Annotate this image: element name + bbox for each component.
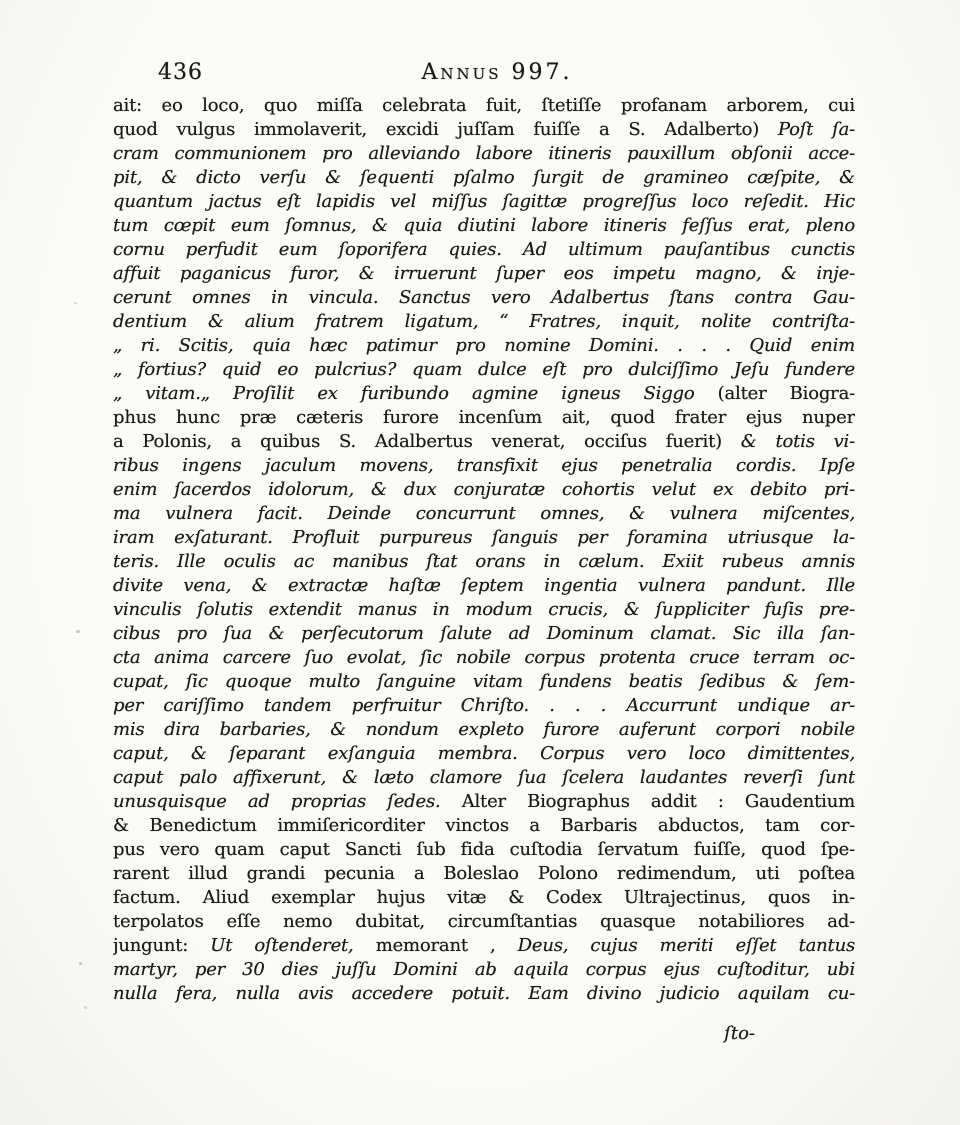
text-line: phus hunc præ cæteris furore incenſum ai…	[113, 406, 855, 430]
text-line: teris. Ille oculis ac manibus ſtat orans…	[113, 550, 855, 574]
text-segment: cram communionem pro alleviando labore i…	[113, 143, 855, 164]
text-line: mis dira barbaries, & nondum expleto fur…	[113, 718, 855, 742]
text-segment: teris. Ille oculis ac manibus ſtat orans…	[113, 551, 855, 572]
text-segment: enim ſacerdos idolorum, & dux conjuratæ …	[113, 479, 855, 500]
text-line: caput palo affixerunt, & læto clamore ſu…	[113, 766, 855, 790]
text-segment: Ut oſtenderet,	[210, 935, 375, 956]
text-line: & Benedictum immiſericorditer vinctos a …	[113, 814, 855, 838]
text-line: divite vena, & extractæ haſtæ ſeptem ing…	[113, 574, 855, 598]
text-segment: „ fortius? quid eo pulcrius? quam dulce …	[113, 359, 855, 380]
scan-speck	[79, 962, 82, 965]
text-line: cta anima carcere ſuo evolat, ſic nobile…	[113, 646, 855, 670]
text-block: ait: eo loco, quo miſſa celebrata fuit, …	[113, 94, 855, 1006]
text-line: tum cœpit eum ſomnus, & quia diutini lab…	[113, 214, 855, 238]
text-segment: pus vero quam caput Sancti ſub fida cuſt…	[113, 839, 855, 860]
text-segment: ribus ingens jaculum movens, transfixit …	[113, 455, 855, 476]
text-segment: Deus, cujus meriti eſſet tantus	[518, 935, 855, 956]
text-line: „ vitam.„ Proſilit ex furibundo agmine i…	[113, 382, 855, 406]
text-segment: mis dira barbaries, & nondum expleto fur…	[113, 719, 855, 740]
text-segment: nulla fera, nulla avis accedere potuit. …	[113, 983, 855, 1004]
text-segment: (alter Biogra-	[718, 383, 855, 404]
page-header: 436 Annus 997.	[0, 58, 960, 90]
text-segment: ait: eo loco, quo miſſa celebrata fuit, …	[113, 95, 855, 116]
page-number: 436	[158, 60, 203, 85]
text-segment: tum cœpit eum ſomnus, & quia diutini lab…	[113, 215, 855, 236]
text-segment: ma vulnera facit. Deinde concurrunt omne…	[113, 503, 855, 524]
text-segment: „ ri. Scitis, quia hæc patimur pro nomin…	[113, 335, 855, 356]
text-line: unusquisque ad proprias ſedes. Alter Bio…	[113, 790, 855, 814]
text-segment: phus hunc præ cæteris furore incenſum ai…	[113, 407, 855, 428]
text-line: vinculis ſolutis extendit manus in modum…	[113, 598, 855, 622]
catchword-row: ſto-	[113, 1022, 855, 1046]
scan-speck	[84, 1006, 87, 1009]
text-segment: divite vena, & extractæ haſtæ ſeptem ing…	[113, 575, 855, 596]
text-line: cram communionem pro alleviando labore i…	[113, 142, 855, 166]
text-segment: quod vulgus immolaverit, excidi juſſam f…	[113, 119, 778, 140]
text-segment: quantum jactus eſt lapidis vel miſſus ſa…	[113, 191, 855, 212]
text-line: cibus pro ſua & perſecutorum ſalute ad D…	[113, 622, 855, 646]
text-line: enim ſacerdos idolorum, & dux conjuratæ …	[113, 478, 855, 502]
text-line: cerunt omnes in vincula. Sanctus vero Ad…	[113, 286, 855, 310]
text-segment: cornu perfudit eum ſoporifera quies. Ad …	[113, 239, 855, 260]
text-line: „ fortius? quid eo pulcrius? quam dulce …	[113, 358, 855, 382]
text-line: martyr, per 30 dies juſſu Domini ab aqui…	[113, 958, 855, 982]
text-segment: rarent illud grandi pecunia a Boleslao P…	[113, 863, 855, 884]
text-segment: caput, & ſeparant exſanguia membra. Corp…	[113, 743, 855, 764]
text-line: cornu perfudit eum ſoporifera quies. Ad …	[113, 238, 855, 262]
text-segment: affuit paganicus furor, & irruerunt ſupe…	[113, 263, 855, 284]
text-segment: cupat, ſic quoque multo ſanguine vitam f…	[113, 671, 855, 692]
text-segment: factum. Aliud exemplar hujus vitæ & Code…	[113, 887, 855, 908]
text-line: dentium & alium fratrem ligatum, “ Fratr…	[113, 310, 855, 334]
text-segment: & Benedictum immiſericorditer vinctos a …	[113, 815, 855, 836]
text-segment: unusquisque ad proprias ſedes.	[113, 791, 462, 812]
text-line: rarent illud grandi pecunia a Boleslao P…	[113, 862, 855, 886]
text-segment: Poſt ſa-	[778, 119, 855, 140]
book-page: 436 Annus 997. ait: eo loco, quo miſſa c…	[0, 0, 960, 1125]
text-line: „ ri. Scitis, quia hæc patimur pro nomin…	[113, 334, 855, 358]
text-segment: caput palo affixerunt, & læto clamore ſu…	[113, 767, 855, 788]
text-segment: a Polonis, a quibus S. Adalbertus venera…	[113, 431, 741, 452]
text-line: a Polonis, a quibus S. Adalbertus venera…	[113, 430, 855, 454]
text-line: iram exſaturant. Profluit purpureus ſang…	[113, 526, 855, 550]
text-line: terpolatos eſſe nemo dubitat, circumſtan…	[113, 910, 855, 934]
text-segment: jungunt:	[113, 935, 210, 956]
text-segment: cta anima carcere ſuo evolat, ſic nobile…	[113, 647, 855, 668]
text-segment: cibus pro ſua & perſecutorum ſalute ad D…	[113, 623, 855, 644]
text-segment: terpolatos eſſe nemo dubitat, circumſtan…	[113, 911, 855, 932]
text-line: jungunt: Ut oſtenderet, memorant , Deus,…	[113, 934, 855, 958]
text-line: ma vulnera facit. Deinde concurrunt omne…	[113, 502, 855, 526]
text-line: ait: eo loco, quo miſſa celebrata fuit, …	[113, 94, 855, 118]
text-line: quod vulgus immolaverit, excidi juſſam f…	[113, 118, 855, 142]
text-line: per cariſſimo tandem perfruitur Chriſto.…	[113, 694, 855, 718]
text-line: affuit paganicus furor, & irruerunt ſupe…	[113, 262, 855, 286]
text-segment: dentium & alium fratrem ligatum, “ Fratr…	[113, 311, 855, 332]
text-line: pit, & dicto verſu & ſequenti pſalmo ſur…	[113, 166, 855, 190]
scan-speck	[583, 101, 586, 104]
running-title: Annus 997.	[421, 60, 572, 85]
text-segment: & totis vi-	[741, 431, 855, 452]
text-line: factum. Aliud exemplar hujus vitæ & Code…	[113, 886, 855, 910]
text-line: nulla fera, nulla avis accedere potuit. …	[113, 982, 855, 1006]
text-line: caput, & ſeparant exſanguia membra. Corp…	[113, 742, 855, 766]
text-segment: cerunt omnes in vincula. Sanctus vero Ad…	[113, 287, 855, 308]
scan-speck	[76, 630, 80, 633]
text-segment: pit, & dicto verſu & ſequenti pſalmo ſur…	[113, 167, 855, 188]
text-line: ribus ingens jaculum movens, transfixit …	[113, 454, 855, 478]
text-segment: memorant ,	[376, 935, 518, 956]
text-line: quantum jactus eſt lapidis vel miſſus ſa…	[113, 190, 855, 214]
text-segment: Alter Biographus addit : Gaudentium	[462, 791, 855, 812]
text-segment: per cariſſimo tandem perfruitur Chriſto.…	[113, 695, 855, 716]
text-segment: martyr, per 30 dies juſſu Domini ab aqui…	[113, 959, 855, 980]
text-segment: „ vitam.„ Proſilit ex furibundo agmine i…	[113, 383, 718, 404]
text-line: cupat, ſic quoque multo ſanguine vitam f…	[113, 670, 855, 694]
catchword: ſto-	[724, 1022, 755, 1046]
text-segment: vinculis ſolutis extendit manus in modum…	[113, 599, 855, 620]
scan-speck	[74, 302, 77, 304]
text-line: pus vero quam caput Sancti ſub fida cuſt…	[113, 838, 855, 862]
text-segment: iram exſaturant. Profluit purpureus ſang…	[113, 527, 855, 548]
